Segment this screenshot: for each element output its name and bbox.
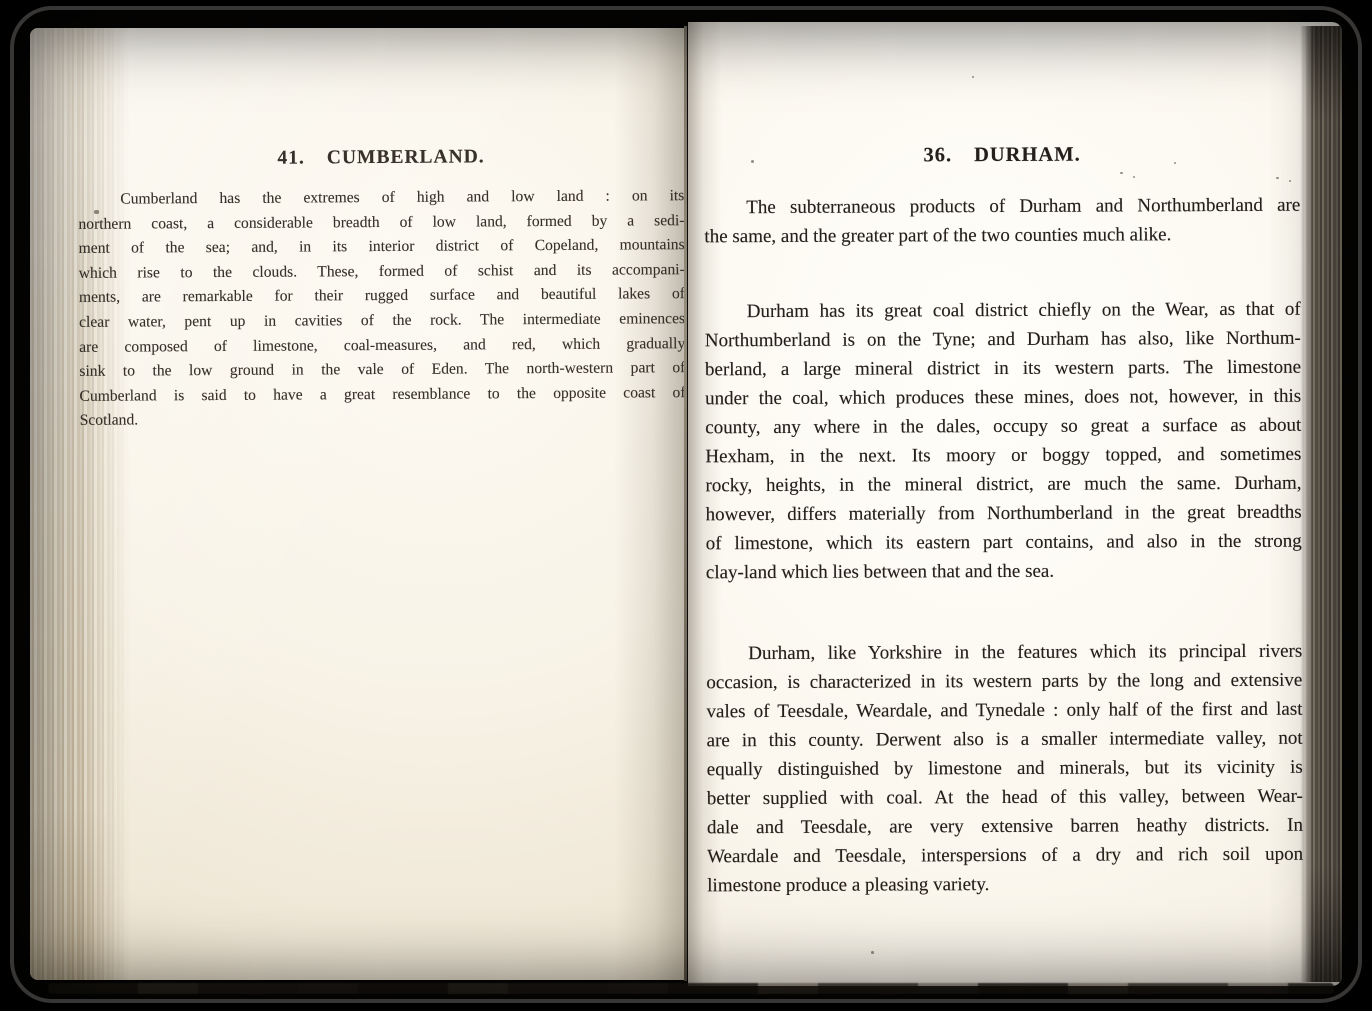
ink-speck bbox=[1120, 172, 1123, 174]
ink-speck bbox=[751, 160, 754, 163]
text-line: which rise to the clouds. These, formed … bbox=[79, 258, 685, 286]
paragraph: The subterraneous products of Durham and… bbox=[704, 191, 1300, 252]
text-line: clear water, pent up in cavities of the … bbox=[79, 307, 685, 335]
text-line: northern coast, a considerable breadth o… bbox=[78, 209, 684, 237]
text-line: county, any where in the dales, occupy s… bbox=[705, 411, 1301, 443]
ink-speck bbox=[972, 76, 974, 78]
text-line: ment of the sea; and, in its interior di… bbox=[79, 233, 685, 261]
paragraph: Cumberland has the extremes of high and … bbox=[78, 184, 685, 434]
text-line: the same, and the greater part of the tw… bbox=[704, 220, 1300, 252]
text-line: sink to the low ground in the vale of Ed… bbox=[79, 356, 685, 384]
text-line: Durham has its great coal district chief… bbox=[705, 295, 1301, 327]
ink-speck bbox=[871, 951, 874, 954]
text-line: Weardale and Teesdale, interspersions of… bbox=[707, 840, 1303, 872]
text-line: berland, a large mineral district in its… bbox=[705, 353, 1301, 385]
text-line: occasion, is characterized in its wester… bbox=[706, 666, 1302, 698]
text-line: equally distinguished by limestone and m… bbox=[707, 753, 1303, 785]
paragraph: Durham has its great coal district chief… bbox=[705, 295, 1302, 588]
left-page-heading: 41.CUMBERLAND. bbox=[78, 144, 684, 172]
text-line: The subterraneous products of Durham and… bbox=[704, 191, 1300, 223]
left-page-title: CUMBERLAND. bbox=[327, 146, 485, 168]
text-line: of limestone, which its eastern part con… bbox=[706, 527, 1302, 559]
right-paragraph-stack: The subterraneous products of Durham and… bbox=[704, 191, 1303, 901]
text-line: rocky, heights, in the mineral district,… bbox=[705, 469, 1301, 501]
text-line: Cumberland has the extremes of high and … bbox=[78, 184, 684, 212]
right-page-heading: 36.DURHAM. bbox=[704, 141, 1300, 170]
text-line: limestone produce a pleasing variety. bbox=[707, 869, 1303, 901]
text-line: Durham, like Yorkshire in the features w… bbox=[706, 637, 1302, 669]
right-page-title: DURHAM. bbox=[974, 144, 1081, 166]
ink-speck bbox=[1174, 162, 1176, 164]
text-line: Cumberland is said to have a great resem… bbox=[79, 381, 685, 409]
right-page-text: 36.DURHAM. The subterraneous products of… bbox=[704, 141, 1303, 901]
right-page-number: 36. bbox=[923, 144, 952, 166]
text-line: Scotland. bbox=[80, 405, 686, 433]
ink-speck bbox=[1133, 176, 1135, 178]
paragraph: Durham, like Yorkshire in the features w… bbox=[706, 637, 1303, 901]
text-line: clay-land which lies between that and th… bbox=[706, 556, 1302, 588]
left-page-number: 41. bbox=[277, 147, 305, 168]
left-page-text: 41.CUMBERLAND. Cumberland has the extrem… bbox=[78, 144, 686, 434]
spine-crease-line bbox=[684, 26, 687, 981]
right-fore-edge-stack bbox=[1300, 26, 1342, 982]
text-line: however, differs materially from Northum… bbox=[706, 498, 1302, 530]
text-line: are in this county. Derwent also is a sm… bbox=[707, 724, 1303, 756]
text-line: are composed of limestone, coal-measures… bbox=[79, 332, 685, 360]
book-photo-frame: 41.CUMBERLAND. Cumberland has the extrem… bbox=[10, 6, 1362, 1003]
text-line: ments, are remarkable for their rugged s… bbox=[79, 283, 685, 311]
text-line: better supplied with coal. At the head o… bbox=[707, 782, 1303, 814]
ink-speck bbox=[94, 210, 99, 214]
text-line: vales of Teesdale, Weardale, and Tynedal… bbox=[706, 695, 1302, 727]
text-line: Hexham, in the next. Its moory or boggy … bbox=[705, 440, 1301, 472]
book-bottom-edge bbox=[48, 983, 1334, 994]
ink-speck bbox=[1276, 177, 1279, 179]
left-paragraph-stack: Cumberland has the extremes of high and … bbox=[78, 184, 685, 434]
text-line: dale and Teesdale, are very extensive ba… bbox=[707, 811, 1303, 843]
text-line: under the coal, which produces these min… bbox=[705, 382, 1301, 414]
left-page: 41.CUMBERLAND. Cumberland has the extrem… bbox=[30, 28, 686, 980]
ink-speck bbox=[1289, 180, 1291, 182]
text-line: Northumberland is on the Tyne; and Durha… bbox=[705, 324, 1301, 356]
book-scan-screenshot: 41.CUMBERLAND. Cumberland has the extrem… bbox=[0, 0, 1372, 1011]
right-page: 36.DURHAM. The subterraneous products of… bbox=[688, 22, 1342, 986]
